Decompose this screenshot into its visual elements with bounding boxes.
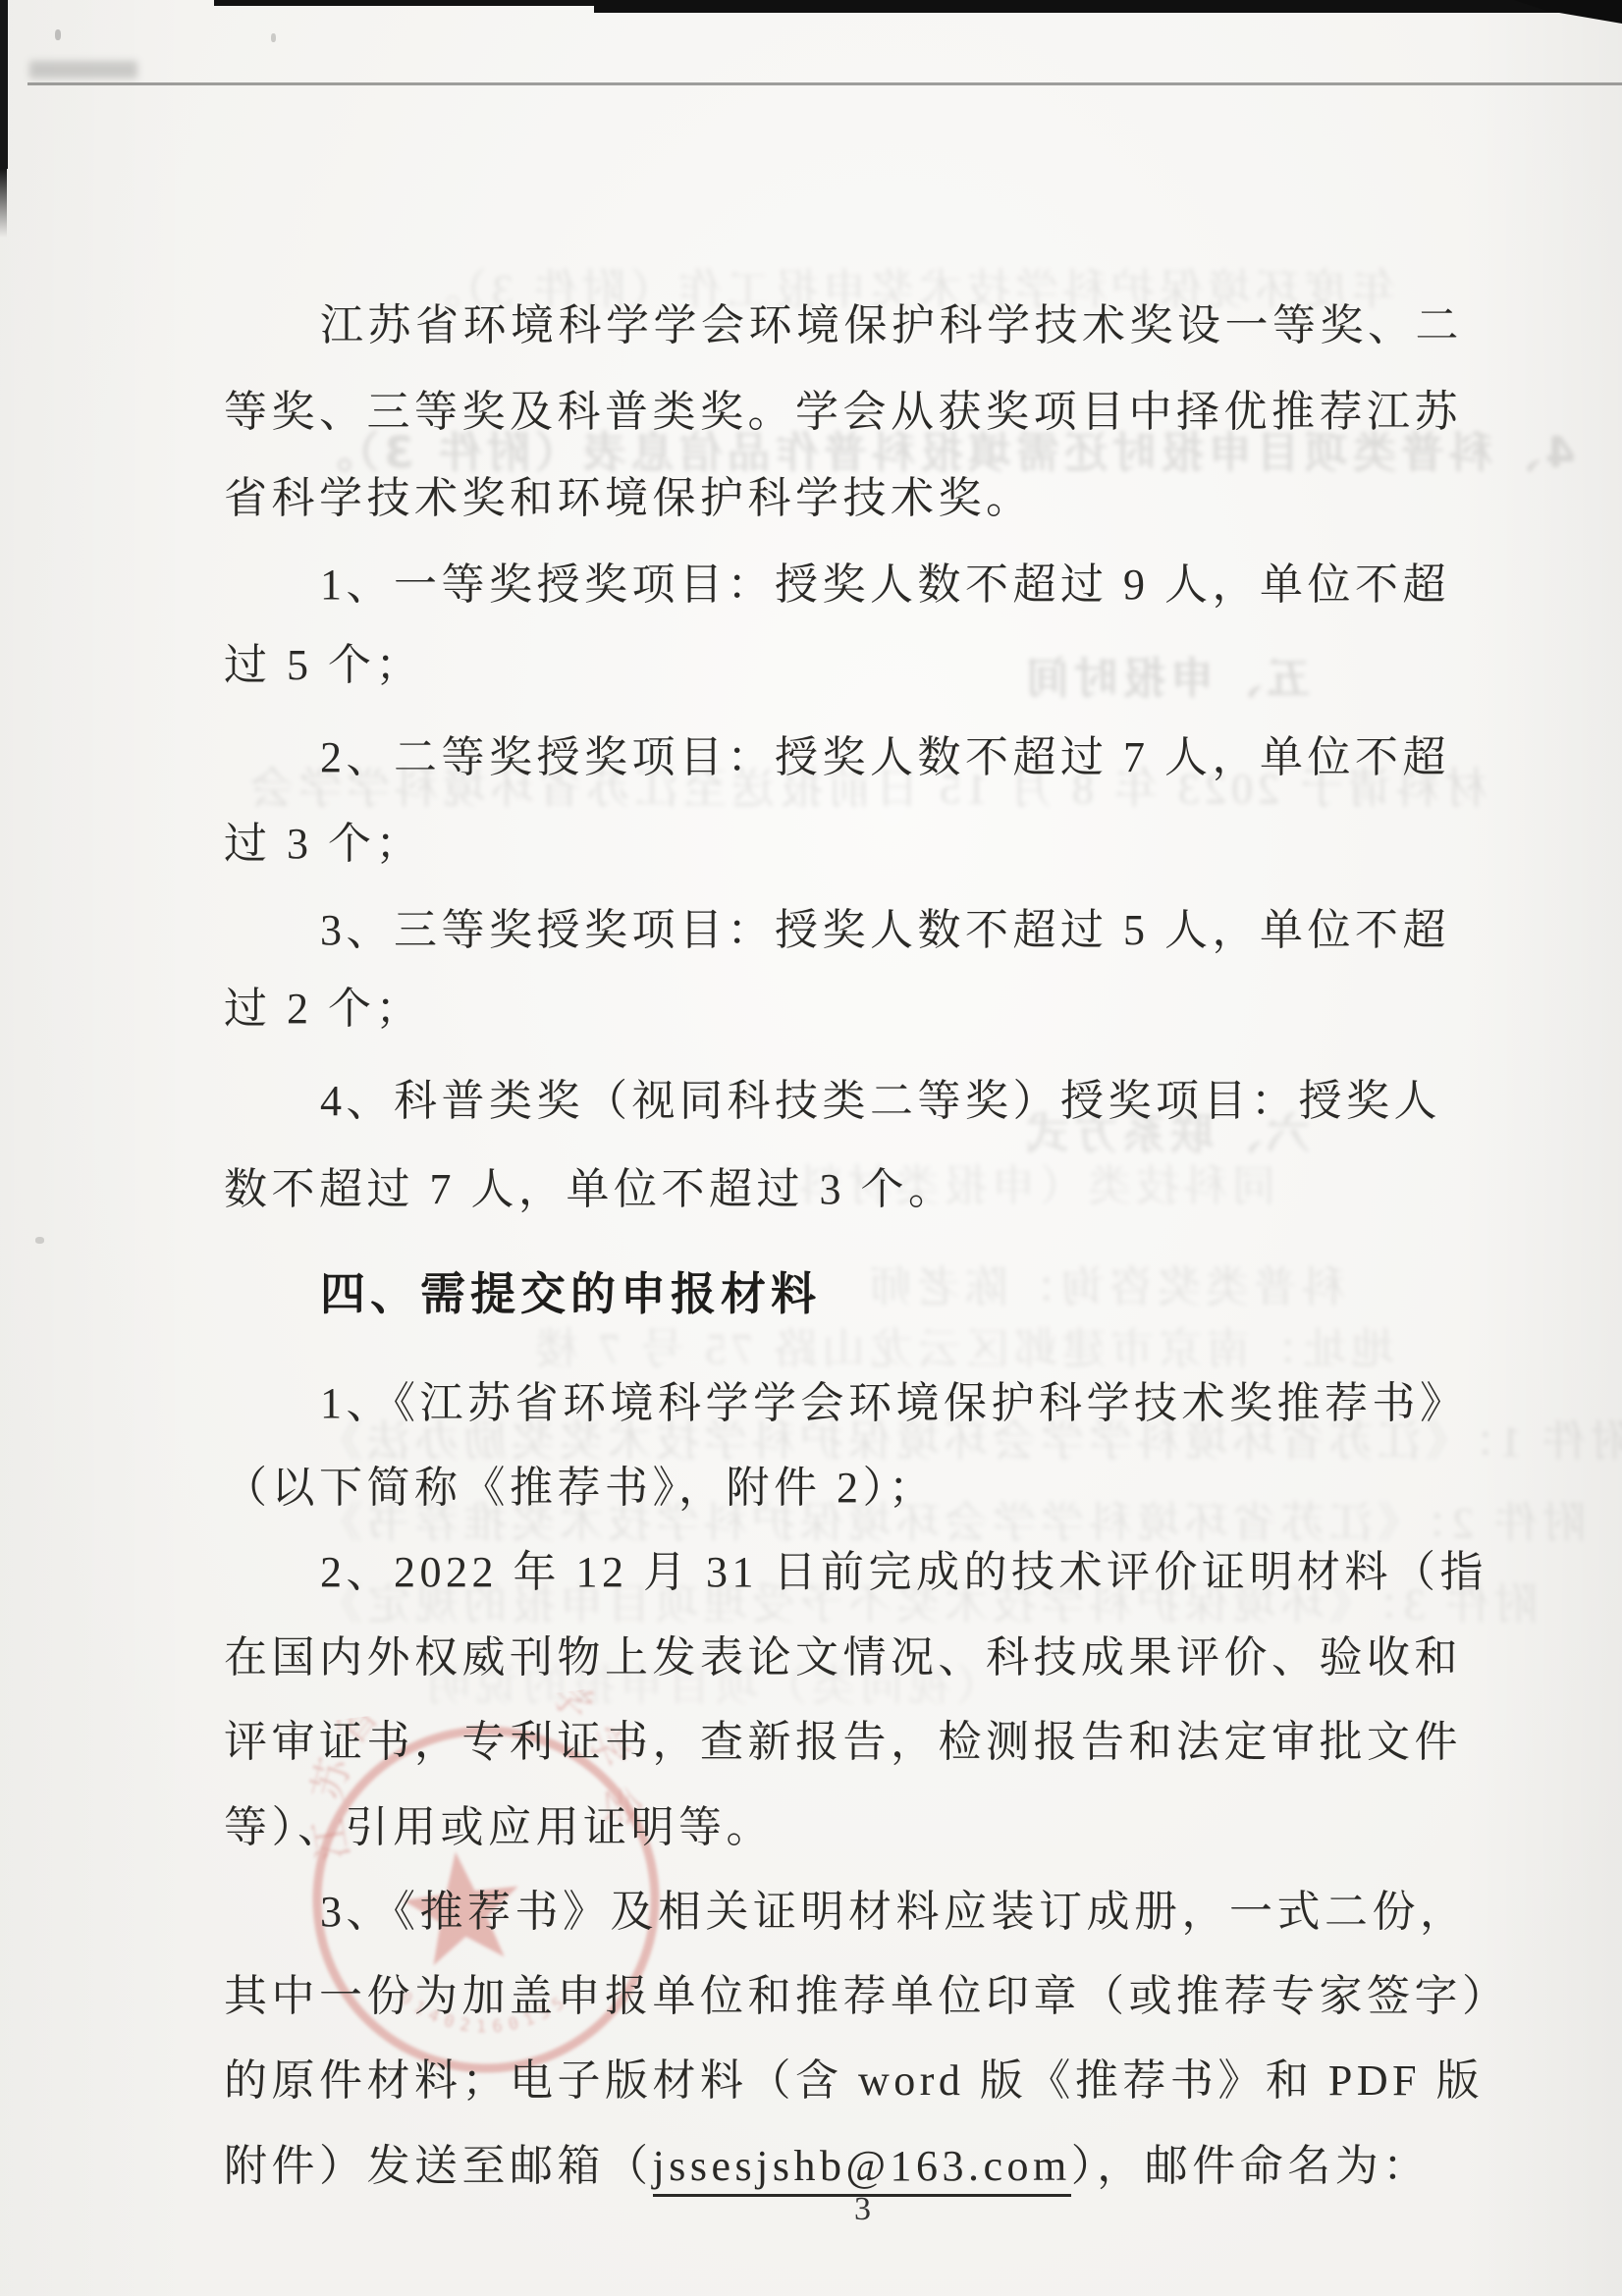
scan-speck [271, 33, 276, 42]
section-heading: 四、需提交的申报材料 [320, 1266, 821, 1323]
body-line: 在国内外权威刊物上发表论文情况、科技成果评价、验收和 [224, 1630, 1462, 1684]
email-line-pre: 附件）发送至邮箱（ [224, 2142, 653, 2190]
scan-smudge [29, 61, 137, 79]
scan-edge-top-thin [214, 0, 607, 6]
body-line: 等奖、三等奖及科普类奖。学会从获奖项目中择优推荐江苏 [224, 385, 1462, 439]
body-line: 江苏省环境科学学会环境保护科学技术奖设一等奖、二 [320, 298, 1463, 352]
body-line: （以下简称《推荐书》，附件 2）； [224, 1461, 937, 1515]
body-line: 1、《江苏省环境科学学会环境保护科学技术奖推荐书》 [320, 1376, 1468, 1430]
page-number: 3 [854, 2191, 871, 2228]
scan-speck [35, 1237, 44, 1244]
body-line: 省科学技术奖和环境保护科学技术奖。 [224, 471, 1034, 525]
bleed-through-line: 地址：南京市建邺区云龙山路 75 号 7 楼 [530, 1322, 1394, 1376]
body-line: 1、一等奖授奖项目：授奖人数不超过 9 人，单位不超 [320, 558, 1450, 612]
scan-edge-left [0, 0, 8, 169]
body-line: 2、二等奖授奖项目：授奖人数不超过 7 人，单位不超 [320, 730, 1450, 784]
body-line: 过 5 个； [224, 638, 423, 692]
body-line: 3、《推荐书》及相关证明材料应装订成册，一式二份， [320, 1885, 1468, 1939]
body-line-with-email: 附件）发送至邮箱（jssesjshb@163.com），邮件命名为： [224, 2139, 1431, 2193]
body-line: 4、科普类奖（视同科技类二等奖）授奖项目：授奖人 [320, 1074, 1441, 1128]
bleed-through-line: 五、申报时间 [1021, 652, 1310, 706]
body-line: 其中一份为加盖申报单位和推荐单位印章（或推荐专家签字） [224, 1969, 1510, 2023]
bleed-through-line: 科普类奖咨询：陈老师 [864, 1260, 1345, 1314]
body-line: 等）、引用或应用证明等。 [224, 1800, 774, 1854]
body-line: 过 2 个； [224, 982, 423, 1036]
email-line-post: ），邮件命名为： [1071, 2142, 1431, 2190]
scan-streak-line [27, 82, 1622, 85]
body-line: 评审证书，专利证书，查新报告，检测报告和法定审批文件 [224, 1715, 1462, 1769]
body-line: 的原件材料；电子版材料（含 word 版《推荐书》和 PDF 版 [224, 2054, 1484, 2108]
email-address: jssesjshb@163.com [653, 2142, 1071, 2197]
body-line: 数不超过 7 人，单位不超过 3 个。 [224, 1162, 956, 1216]
body-line: 3、三等奖授奖项目：授奖人数不超过 5 人，单位不超 [320, 903, 1450, 957]
scan-edge-top-thick [594, 0, 1622, 13]
scan-edge-left-fade [0, 169, 7, 238]
body-line: 2、2022 年 12 月 31 日前完成的技术评价证明材料（指 [320, 1545, 1487, 1599]
body-line: 过 3 个； [224, 817, 423, 871]
scan-speck [55, 29, 61, 40]
